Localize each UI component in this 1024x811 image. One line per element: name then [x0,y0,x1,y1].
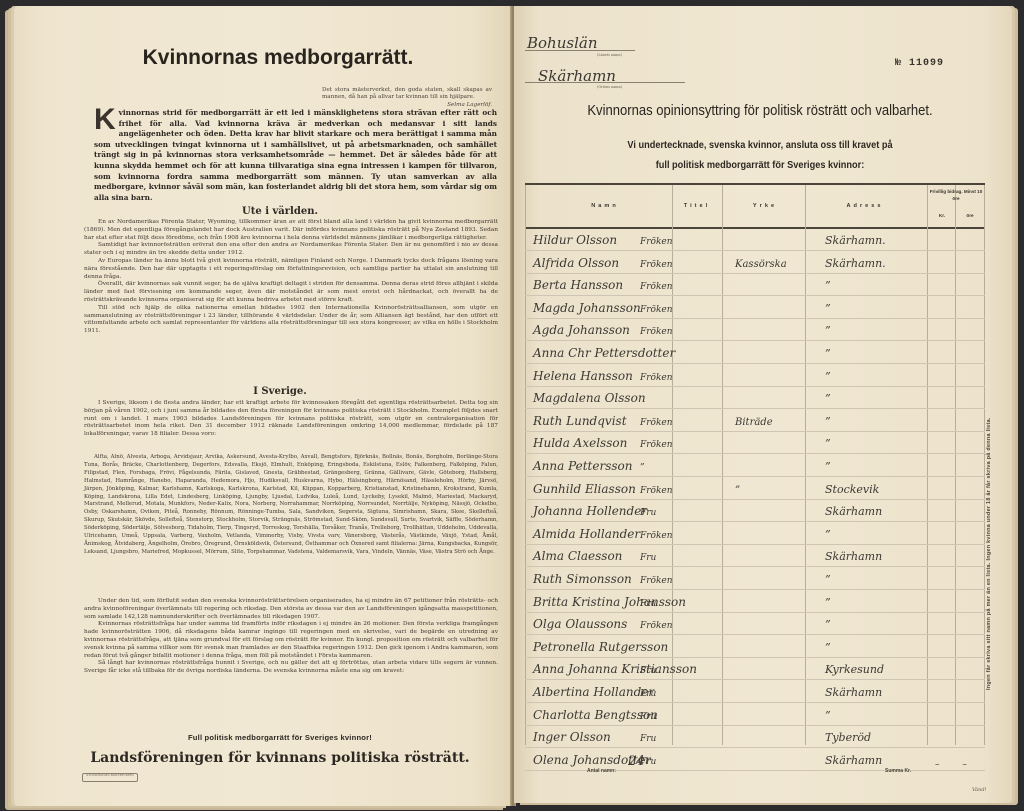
signature-name: Albertina Hollander [533,685,654,699]
signature-address: Skärhamn [825,550,882,563]
col-header-title: Titel [672,203,722,209]
signature-title: Fröken [640,576,673,586]
signature-address: ” [825,573,831,586]
signature-name: Johanna Hollender [533,504,647,518]
signature-address: Skärhamn [825,754,882,767]
signature-title: Fröken [640,305,673,315]
signature-name: Almida Hollander [533,527,640,541]
signature-title: Fröken [640,237,673,247]
signature-address: ” [825,596,831,609]
list-number: № 11099 [895,58,944,69]
table-row: Anna Johanna KristianssonFruKyrkesund [525,658,985,678]
signature-address: Kyrkesund [825,663,884,676]
signature-address: ” [825,528,831,541]
table-row: Hildur OlssonFrökenSkärhamn. [525,229,985,249]
signature-address: ” [825,370,831,383]
signature-name: Magda Johansson [533,301,641,315]
signature-title: Fru [640,599,656,609]
paragraph: Överallt, där kvinnornas sak vunnit sege… [84,281,498,304]
table-row: Alma ClaessonFruSkärhamn [525,545,985,565]
number-value: 11099 [909,58,944,69]
table-row: Albertina HollanderFruSkärhamn [525,681,985,701]
printer-stamp: STOCKHOLMS BOKTRYCKERI [82,773,138,782]
signature-name: Anna Pettersson [533,459,632,473]
col-header-name: Namn [565,203,645,209]
paragraph: Kvinnornas rösträttsfråga har under samm… [84,621,498,660]
lan-label: (Länets namn) [597,53,622,57]
signature-title: ” [640,463,645,473]
town-list: Alfta, Alnö, Alvesta, Arboga, Arvidsjaur… [84,454,498,557]
sum-label: Summa Kr. [885,768,911,774]
signature-address: ” [825,347,831,360]
section-world-body: En av Nordamerikas Förenta Stater, Wyomi… [84,219,498,336]
turn-page-note: Vänd! [972,787,987,793]
dropcap-letter: K [94,108,116,132]
table-row: Charlotta BengtssonFru” [525,704,985,724]
section-sweden-body-continued: Under den tid, som förflutit sedan den s… [84,598,498,676]
signature-table: Namn Titel Yrke Adress Frivillig bidrag.… [525,183,985,768]
section-sweden-body: I Sverige, liksom i de flesta andra länd… [84,400,498,439]
signature-address: ” [825,324,831,337]
signature-occupation: Kassörska [735,259,787,270]
col-header-contribution: Frivillig bidrag. Minst 10 öre [927,188,985,202]
signature-name: Ruth Lundqvist [533,414,627,428]
intro-text: vinnornas strid för medborgarrätt är ett… [94,108,497,202]
signature-title: Fröken [640,621,673,631]
table-row: Almida HollanderFröken” [525,523,985,543]
slogan: Full politisk medborgarrätt för Sveriges… [60,733,500,742]
section-heading-world: Ute i världen. [60,206,500,217]
signature-address: Skärhamn. [825,234,886,247]
petition-subtitle-2: full politisk medborgarrätt för Sveriges… [558,160,963,171]
paragraph: En av Nordamerikas Förenta Stater, Wyomi… [84,219,498,242]
col-header-kr: Kr. [929,213,955,218]
signature-name: Britta Kristina Johansson [533,595,686,609]
signature-address: ” [825,709,831,722]
signature-occupation: ” [735,485,740,496]
paragraph: Så långt har kvinnornas rösträttsfråga h… [84,660,498,676]
signature-name: Hildur Olsson [533,233,617,247]
petition-title: Kvinnornas opinionsyttring för politisk … [562,103,958,119]
signature-name: Hulda Axelsson [533,436,627,450]
signature-title: Fröken [640,440,673,450]
col-header-ore: öre [957,213,983,218]
paragraph: I Sverige, liksom i de flesta andra länd… [84,400,498,439]
left-page-title: Kvinnornas medborgarrätt. [58,46,498,70]
signature-address: ” [825,279,831,292]
section-heading-sweden: I Sverige. [60,386,500,397]
table-row: Petronella Rutgersson” [525,636,985,656]
signature-name: Olga Olaussons [533,617,627,631]
signature-title: Fröken [640,531,673,541]
table-top-rule [525,183,985,185]
signature-title: Fröken [640,260,673,270]
paragraph: Under den tid, som förflutit sedan den s… [84,598,498,621]
signature-name: Alfrida Olsson [533,256,619,270]
signature-title: Fröken [640,418,673,428]
signature-name: Agda Johansson [533,323,630,337]
ort-label: (Ortens namn) [597,85,622,89]
signature-title: Fru [640,712,656,722]
col-header-occupation: Yrke [725,203,805,209]
signature-title: Fru [640,734,656,744]
signature-name: Anna Chr Pettersdotter [533,346,675,360]
open-book: Kvinnornas medborgarrätt. Det stora mäst… [0,0,1024,811]
table-row: Helena HanssonFröken” [525,365,985,385]
quote-text: Det stora mästerverket, den goda staten,… [322,87,492,100]
signature-address: ” [825,415,831,428]
table-row: Magdalena Olsson” [525,387,985,407]
signature-title: Fröken [640,282,673,292]
table-row: Berta HanssonFröken” [525,274,985,294]
count-label: Antal namn: [587,768,616,774]
signature-address: Stockevik [825,483,879,496]
signature-address: Skärhamn. [825,257,886,270]
signature-address: ” [825,460,831,473]
table-row: Anna Pettersson”” [525,455,985,475]
signature-address: Skärhamn [825,686,882,699]
table-row: Agda JohanssonFröken” [525,319,985,339]
signature-name: Gunhild Eliasson [533,482,636,496]
table-row: Johanna HollenderFruSkärhamn [525,500,985,520]
paragraph: Samtidigt har kvinnorösträtten erövrat d… [84,242,498,258]
table-row: Anna Chr Pettersdotter” [525,342,985,362]
col-header-address: Adress [815,203,915,209]
table-row: Olga OlaussonsFröken” [525,613,985,633]
signature-title: Fröken [640,327,673,337]
epigraph-quote: Det stora mästerverket, den goda staten,… [322,87,492,109]
signature-title: Fru [640,689,656,699]
signature-title: Fröken [640,373,673,383]
sum-value: – – [935,760,977,770]
paragraph: Till stöd och hjälp de olika nationerna … [84,305,498,336]
signature-name: Anna Johanna Kristiansson [533,662,697,676]
intro-paragraph: K vinnornas strid för medborgarrätt är e… [94,108,497,203]
signature-address: ” [825,302,831,315]
organization-name: Landsföreningen för kvinnans politiska r… [60,750,500,766]
signature-address: Skärhamn [825,505,882,518]
table-row: Ruth LundqvistFrökenBiträde” [525,410,985,430]
petition-subtitle-1: Vi undertecknade, svenska kvinnor, anslu… [558,140,963,151]
signature-address: ” [825,437,831,450]
lan-line [525,50,635,51]
signature-occupation: Biträde [735,417,773,428]
table-row: Ruth SimonssonFröken” [525,568,985,588]
signature-address: Tyberöd [825,731,871,744]
signature-address: ” [825,641,831,654]
signature-title: Fröken [640,486,673,496]
table-row: Gunhild EliassonFröken”Stockevik [525,478,985,498]
table-row: Olena JohansdotterFruSkärhamn [525,749,985,769]
signature-name: Inger Olsson [533,730,611,744]
signature-name: Ruth Simonsson [533,572,632,586]
vertical-instructions: Ingen får skriva sitt namn på mer än en … [986,417,992,690]
table-row: Britta Kristina JohanssonFru” [525,591,985,611]
table-row: Hulda AxelssonFröken” [525,432,985,452]
number-sign: № [895,58,902,69]
count-value: 24 [628,754,645,769]
signature-name: Magdalena Olsson [533,391,646,405]
signature-name: Berta Hansson [533,278,623,292]
signature-address: ” [825,618,831,631]
paragraph: Av Europas länder ha ännu blott två givi… [84,258,498,281]
table-row: Alfrida OlssonFrökenKassörskaSkärhamn. [525,252,985,272]
signature-title: Fru [640,666,656,676]
table-row: Magda JohanssonFröken” [525,297,985,317]
signature-name: Helena Hansson [533,369,633,383]
signature-address: ” [825,392,831,405]
signature-name: Alma Claesson [533,549,622,563]
signature-name: Petronella Rutgersson [533,640,668,654]
signature-title: Fru [640,508,656,518]
signature-title: Fru [640,553,656,563]
ort-line [525,82,685,83]
table-row: Inger OlssonFruTyberöd [525,726,985,746]
